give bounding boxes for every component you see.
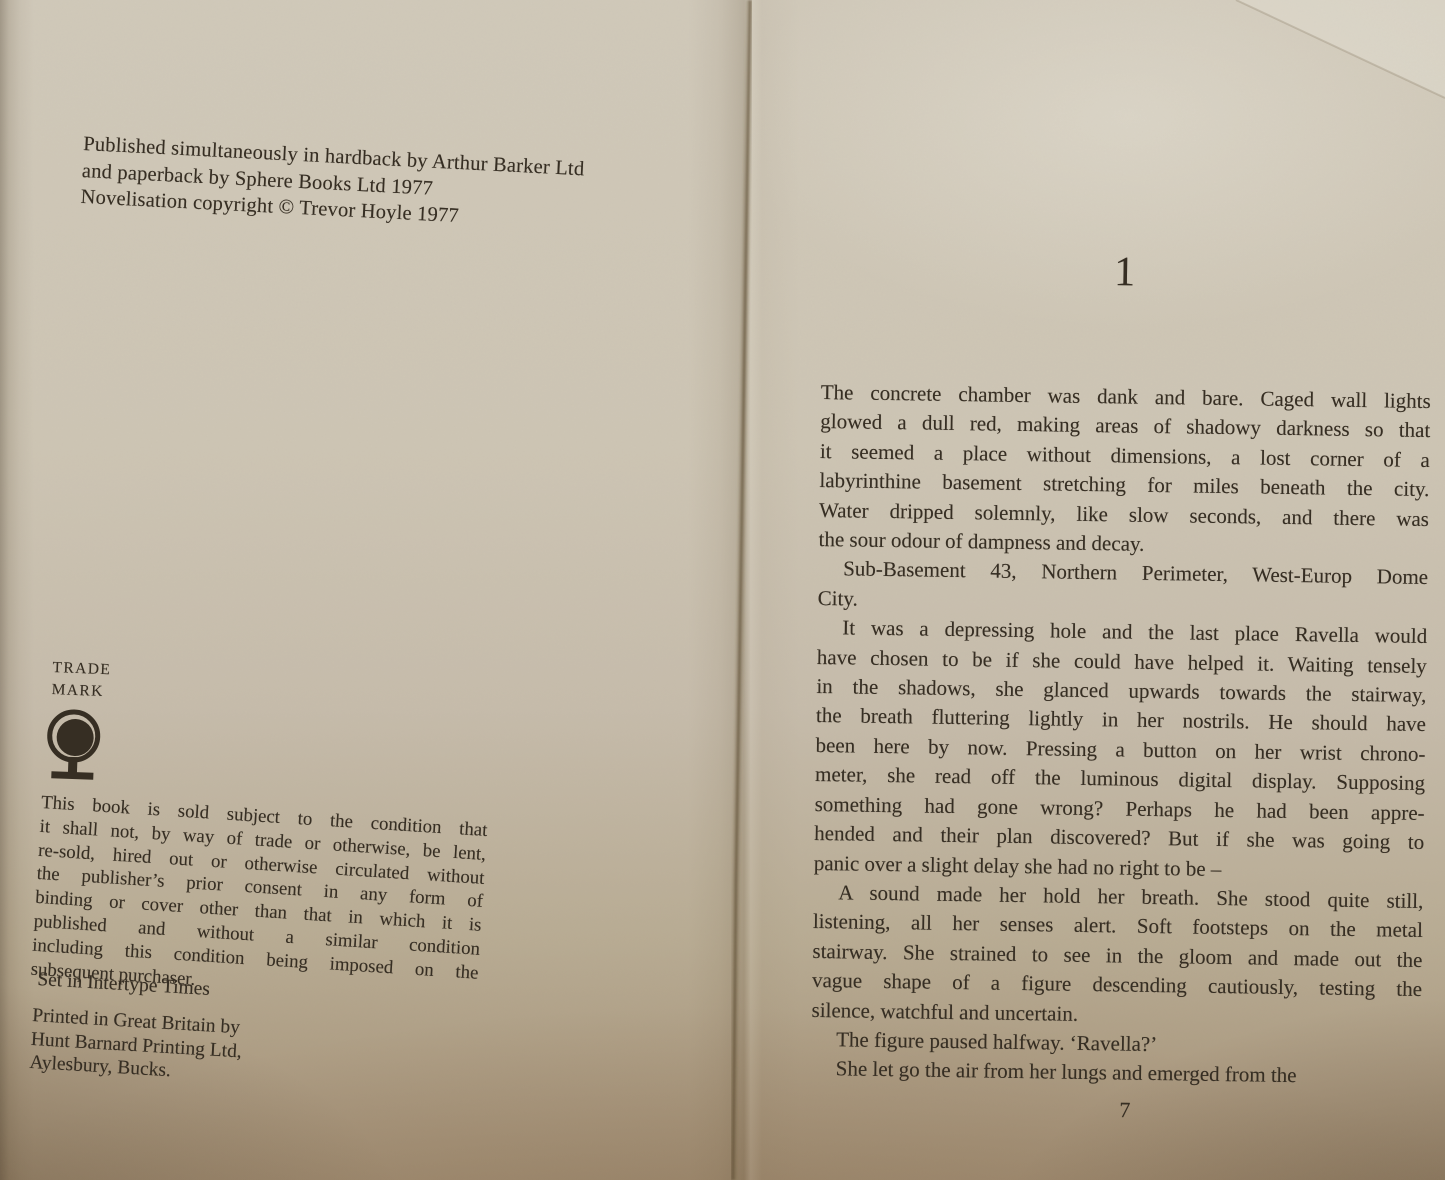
- globe-icon: [43, 699, 104, 792]
- book-gutter-shadow: [688, 0, 800, 1180]
- open-book-photo: Published simultaneously in hardback by …: [0, 0, 1445, 1180]
- printer-imprint-block: Printed in Great Britain byHunt Barnard …: [29, 1004, 244, 1087]
- chapter-number: 1: [821, 244, 1428, 300]
- paragraph: A sound made her hold her breath. She st…: [811, 878, 1423, 1034]
- body-text: The concrete chamber was dank and bare. …: [811, 378, 1431, 1093]
- trademark-word-1: TRADE: [52, 657, 112, 681]
- paragraph: Sub-Basement 43, Northern Perimeter, Wes…: [818, 554, 1429, 622]
- paragraph: The concrete chamber was dank and bare. …: [818, 378, 1431, 563]
- paragraph: It was a depressing hole and the last pl…: [814, 613, 1428, 887]
- left-page-edge-shadow: [0, 0, 34, 1180]
- trademark-label: TRADE MARK: [51, 657, 111, 703]
